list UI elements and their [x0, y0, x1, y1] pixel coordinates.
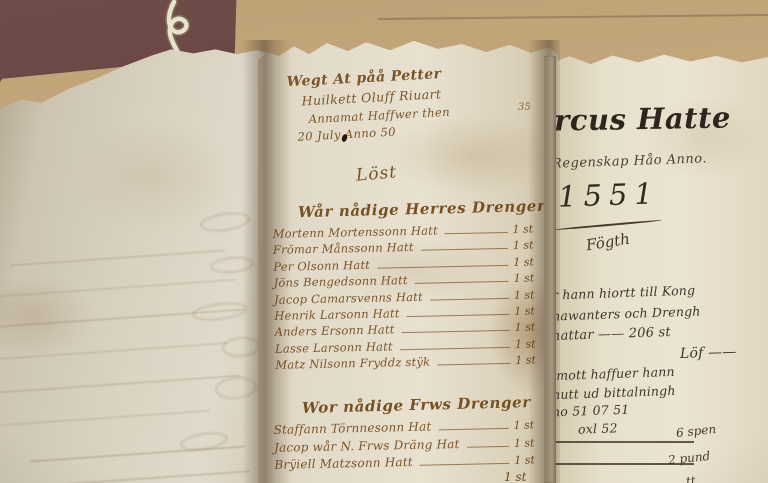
ghost-writing [214, 375, 258, 401]
blackletter-title-fragment: rcus Hatte [554, 100, 731, 137]
leader-line [402, 330, 510, 333]
entry-name: Matz Nilsonn Fryddz stÿk [275, 355, 430, 372]
section-title-frws-drenger: Wor nådige Frws Drenger [302, 393, 531, 417]
ledger-rows-herres: Mortenn Mortenssonn Hatt 1 st Frömar Mån… [272, 221, 547, 374]
entry-quantity: 1 st [514, 304, 546, 318]
account-line: no 51 07 51 [552, 402, 630, 420]
entry-quantity: 1 st [514, 288, 546, 302]
folio-number: 35 [518, 102, 531, 113]
entry-quantity: 1 st [513, 271, 545, 285]
account-line: nutt ud bittalningh [552, 383, 676, 402]
leader-line [437, 363, 510, 366]
account-line: nawanters och Drengh [552, 303, 701, 323]
account-line: hattar —— 206 st [552, 325, 671, 344]
page-stack-edge [544, 56, 556, 483]
entry-quantity: 1 st [512, 222, 544, 236]
account-line: Löf —— [680, 344, 737, 362]
ghost-writing [221, 336, 260, 359]
entry-name: Staffann Törnnesonn Hat [273, 420, 431, 437]
leader-line [377, 265, 508, 269]
entry-name: Mortenn Mortenssonn Hatt [272, 223, 438, 240]
account-line: r hann hiortt till Kong [552, 283, 696, 303]
ghost-writing [209, 255, 254, 275]
ghost-writing [0, 375, 240, 393]
account-line: lmott haffuer hann [552, 364, 675, 383]
manuscript-photo: Wegt At påå Petter Huilkett Oluff Riuart… [0, 0, 768, 483]
subtitle-fragment: Regenskap Håo Anno. [552, 151, 707, 171]
sum-rule [552, 441, 694, 443]
margin-note: tt [685, 474, 696, 483]
entry-name: Per Olsonn Hatt [273, 258, 370, 274]
loose-heading: Löst [355, 162, 398, 186]
leader-line [415, 281, 509, 284]
ghost-writing [0, 342, 228, 359]
ghost-writing [10, 250, 225, 267]
entry-quantity: 1 st [515, 320, 547, 334]
entry-quantity: 1 st [515, 353, 547, 367]
leader-line [467, 445, 509, 447]
entry-name: Jacop Camarsvenns Hatt [274, 289, 423, 306]
entry-quantity: 1 st [514, 436, 546, 450]
ghost-writing [0, 279, 235, 297]
entry-name: Lasse Larsonn Hatt [275, 339, 393, 355]
leader-line [445, 232, 508, 234]
entry-name: Jacop wår N. Frws Dräng Hat [274, 436, 460, 454]
leader-line [438, 428, 508, 430]
entry-quantity: 1 st [515, 337, 547, 351]
section-title-herres-drenger: Wår nådige Herres Drenger [298, 197, 546, 221]
ghost-writing [199, 210, 251, 235]
leader-line [421, 248, 508, 251]
ghost-writing [55, 470, 250, 483]
leader-line [400, 347, 510, 350]
year-1551: 1551 [557, 176, 660, 214]
entry-name: Anders Ersonn Hatt [275, 323, 395, 340]
center-page: Wegt At påå Petter Huilkett Oluff Riuart… [258, 40, 558, 483]
ghost-writing [179, 429, 229, 453]
left-page [0, 45, 276, 483]
entry-name: Henrik Larsonn Hatt [274, 306, 400, 323]
entry-name: Brÿiell Matzsonn Hatt [274, 455, 413, 472]
entry-name: Frömar Månssonn Hatt [273, 240, 414, 257]
page-header: Wegt At påå Petter Huilkett Oluff Riuart… [286, 64, 451, 147]
right-page: rcus Hatte Regenskap Håo Anno. 1551 Fögt… [552, 52, 768, 483]
account-line: oxl 52 [578, 420, 618, 436]
margin-note: 2 pund [667, 449, 711, 467]
entry-quantity: 1 st [513, 255, 545, 269]
ledger-rows-frws: Staffann Törnnesonn Hat 1 st Jacop wår N… [273, 417, 546, 475]
leader-line [430, 297, 509, 300]
margin-note: 6 spen [675, 422, 716, 440]
flourish-underline [554, 219, 662, 230]
partial-entry-quantity: 1 st [504, 470, 526, 483]
ghost-writing [191, 300, 249, 324]
entry-quantity: 1 st [513, 418, 545, 432]
entry-name: Jöns Bengedsonn Hatt [274, 273, 408, 290]
ghost-writing [0, 410, 210, 426]
leader-line [420, 463, 510, 466]
entry-quantity: 1 st [513, 239, 545, 253]
cardboard-seam [378, 14, 768, 20]
fogth-heading: Fögth [585, 230, 631, 255]
leader-line [407, 314, 510, 317]
entry-quantity: 1 st [514, 453, 546, 467]
